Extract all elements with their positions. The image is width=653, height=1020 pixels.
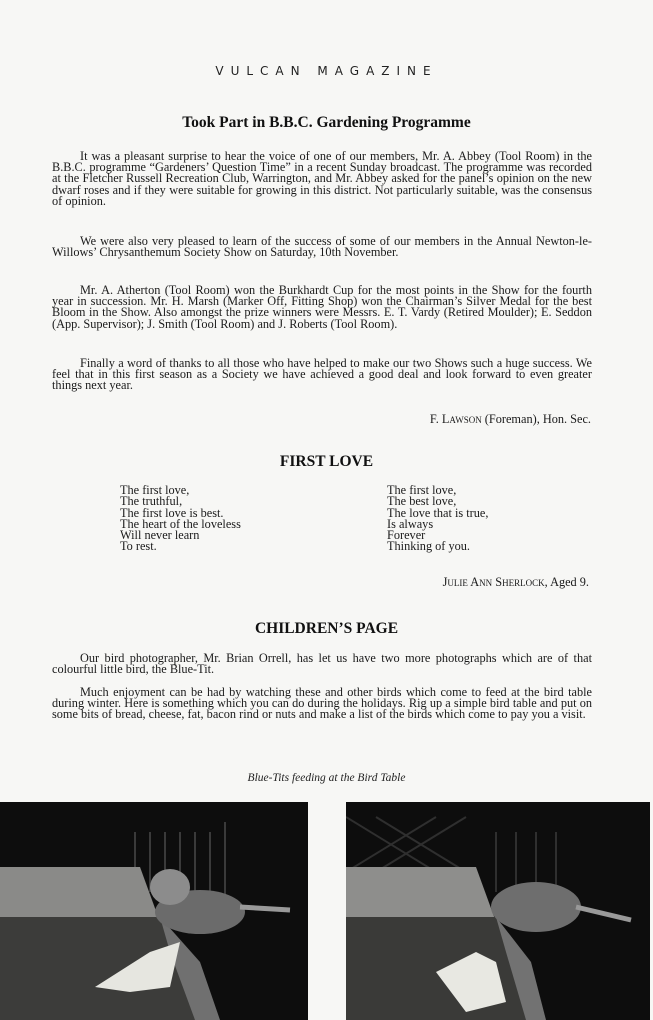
article-paragraph: It was a pleasant surprise to hear the v… <box>52 151 592 207</box>
article-paragraph: Finally a word of thanks to all those wh… <box>52 358 592 392</box>
childrens-paragraph: Much enjoyment can be had by watching th… <box>52 687 592 721</box>
poem-stanza-left: The first love, The truthful, The first … <box>120 485 241 553</box>
poem-author: Julie Ann Sherlock, Aged 9. <box>443 575 589 590</box>
author-age: , Aged 9. <box>545 575 589 589</box>
poem-stanza-right: The first love, The best love, The love … <box>387 485 488 553</box>
childrens-paragraph: Our bird photographer, Mr. Brian Orrell,… <box>52 653 592 675</box>
poem-title: FIRST LOVE <box>0 453 653 471</box>
article-title-bbc: Took Part in B.B.C. Gardening Programme <box>0 114 653 132</box>
author-name: Julie Ann Sherlock <box>443 575 545 589</box>
article-paragraph: Mr. A. Atherton (Tool Room) won the Burk… <box>52 285 592 330</box>
magazine-masthead: VULCAN MAGAZINE <box>0 64 653 78</box>
bird-photo-1 <box>0 802 308 1020</box>
article-signature: F. Lawson (Foreman), Hon. Sec. <box>430 412 591 427</box>
signature-title: (Foreman), Hon. Sec. <box>482 412 591 426</box>
photo-caption: Blue-Tits feeding at the Bird Table <box>0 772 653 784</box>
childrens-page-title: CHILDREN’S PAGE <box>0 620 653 638</box>
poem-line: Thinking of you. <box>387 541 488 552</box>
bird-photo-2 <box>346 802 650 1020</box>
article-paragraph: We were also very pleased to learn of th… <box>52 236 592 258</box>
signature-name: F. Lawson <box>430 412 482 426</box>
poem-line: To rest. <box>120 541 241 552</box>
